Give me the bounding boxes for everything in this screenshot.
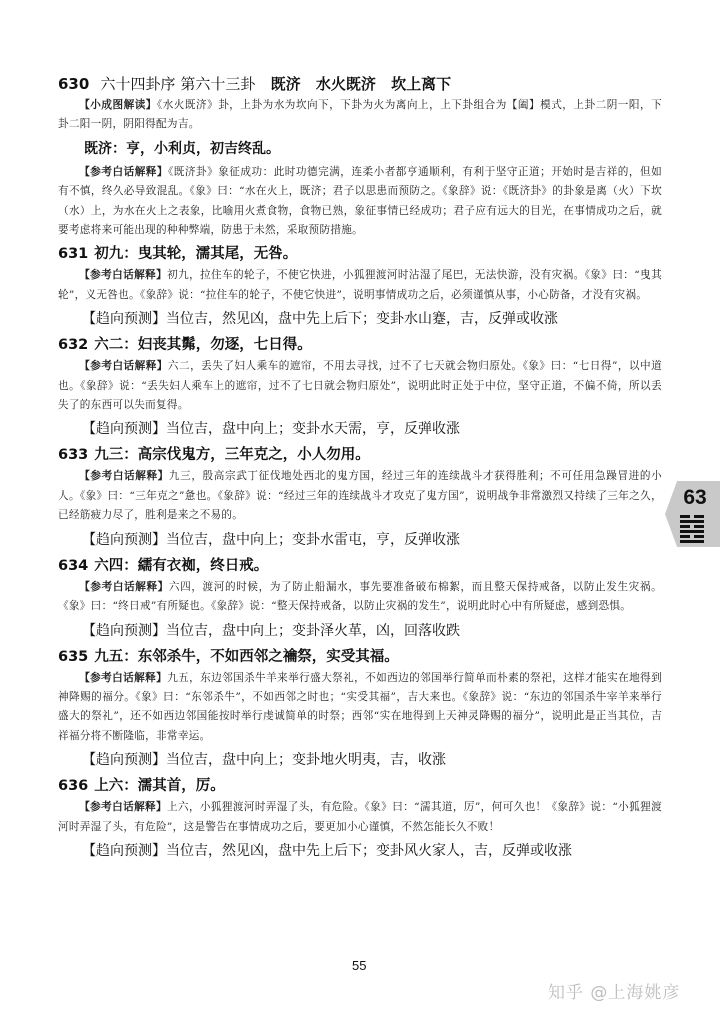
line-heading: 636上六：濡其首，厉。 [58, 775, 662, 797]
page-number: 55 [352, 958, 366, 973]
judgment-explanation: 【参考白话解释】《既济卦》象征成功：此时功德完满，连柔小者都亨通顺利，有利于坚守… [58, 163, 662, 241]
trend-prediction: 【趋向预测】当位吉，然见凶，盘中先上后下；变卦风火家人，吉，反弹或收涨 [82, 839, 662, 863]
line-heading: 634六四：繻有衣袽，终日戒。 [58, 555, 662, 577]
line-number: 631 [58, 246, 88, 262]
explanation-tag: 【参考白话解释】 [79, 360, 168, 372]
intro-paragraph: 【小成图解读】《水火既济》卦，上卦为水为坎向下，下卦为火为离向上，上下卦组合为【… [58, 96, 662, 135]
intro-tag: 【小成图解读】 [79, 99, 157, 111]
line-explanation: 【参考白话解释】上六，小狐狸渡河时弄湿了头，有危险。《象》曰：“濡其道，厉”，何… [58, 798, 662, 837]
explanation-tag: 【参考白话解释】 [79, 166, 168, 178]
line-entry-635: 635九五：东邻杀牛，不如西邻之禴祭，实受其福。 【参考白话解释】九五，东边邻国… [58, 646, 662, 773]
line-explanation: 【参考白话解释】六四，渡河的时候，为了防止船漏水，事先要准备破布棉絮，而且整天保… [58, 578, 662, 617]
trend-prediction: 【趋向预测】当位吉，盘中向上；变卦泽火革，凶，回落收跌 [82, 619, 662, 643]
line-explanation: 【参考白话解释】初九，拉住车的轮子，不使它快进，小狐狸渡河时沾湿了尾巴，无法快游… [58, 266, 662, 305]
page-content: 630 六十四卦序 第六十三卦 既济 水火既济 坎上离下 【小成图解读】《水火既… [58, 74, 662, 866]
trend-prediction: 【趋向预测】当位吉，盘中向上；变卦水天需，亨，反弹收涨 [82, 417, 662, 441]
hexagram-header: 630 六十四卦序 第六十三卦 既济 水火既济 坎上离下 [58, 74, 662, 94]
line-entry-632: 632六二：妇丧其髴，勿逐，七日得。 【参考白话解释】六二，丢失了妇人乘车的遮帘… [58, 334, 662, 441]
line-entry-636: 636上六：濡其首，厉。 【参考白话解释】上六，小狐狸渡河时弄湿了头，有危险。《… [58, 775, 662, 863]
judgment-text: 既济：亨，小利贞，初吉终乱。 [84, 137, 662, 161]
line-explanation: 【参考白话解释】六二，丢失了妇人乘车的遮帘，不用去寻找，过不了七天就会物归原处。… [58, 357, 662, 415]
explanation-tag: 【参考白话解释】 [79, 801, 167, 813]
line-explanation: 【参考白话解释】九三，殷高宗武丁征伐地处西北的鬼方国，经过三年的连续战斗才获得胜… [58, 467, 662, 525]
line-heading: 632六二：妇丧其髴，勿逐，七日得。 [58, 334, 662, 356]
line-title: 上六：濡其首，厉。 [94, 778, 225, 794]
line-title: 九三：高宗伐鬼方，三年克之，小人勿用。 [94, 447, 370, 463]
line-title: 六二：妇丧其髴，勿逐，七日得。 [94, 337, 312, 353]
watermark: 知乎 @上海姚彦 [548, 978, 680, 1003]
explanation-tag: 【参考白话解释】 [79, 470, 169, 482]
line-number: 632 [58, 337, 88, 353]
line-heading: 633九三：高宗伐鬼方，三年克之，小人勿用。 [58, 444, 662, 466]
line-entry-631: 631初九：曳其轮，濡其尾，无咎。 【参考白话解释】初九，拉住车的轮子，不使它快… [58, 243, 662, 331]
trend-prediction: 【趋向预测】当位吉，然见凶，盘中先上后下；变卦水山蹇，吉，反弹或收涨 [82, 307, 662, 331]
line-title: 六四：繻有衣袽，终日戒。 [94, 558, 268, 574]
entry-number: 630 [58, 75, 89, 93]
hexagram-sequence: 六十四卦序 第六十三卦 [101, 75, 256, 93]
trend-prediction: 【趋向预测】当位吉，盘中向上；变卦水雷屯，亨，反弹收涨 [82, 528, 662, 552]
trend-prediction: 【趋向预测】当位吉，盘中向上；变卦地火明夷，吉，收涨 [82, 748, 662, 772]
line-number: 636 [58, 778, 88, 794]
line-title: 九五：东邻杀牛，不如西邻之禴祭，实受其福。 [94, 649, 399, 665]
line-heading: 631初九：曳其轮，濡其尾，无咎。 [58, 243, 662, 265]
hexagram-trigrams: 坎上离下 [391, 75, 451, 93]
hexagram-name: 既济 [271, 75, 301, 93]
line-number: 634 [58, 558, 88, 574]
line-title: 初九：曳其轮，濡其尾，无咎。 [94, 246, 297, 262]
line-entry-633: 633九三：高宗伐鬼方，三年克之，小人勿用。 【参考白话解释】九三，殷高宗武丁征… [58, 444, 662, 551]
explanation-tag: 【参考白话解释】 [79, 672, 167, 684]
chapter-tab-number: 63 [675, 486, 715, 510]
line-explanation: 【参考白话解释】九五，东边邻国杀牛羊来举行盛大祭礼，不如西边的邻国举行简单而朴素… [58, 669, 662, 747]
hexagram-icon [680, 515, 704, 545]
explanation-tag: 【参考白话解释】 [79, 269, 167, 281]
line-number: 635 [58, 649, 88, 665]
line-heading: 635九五：东邻杀牛，不如西邻之禴祭，实受其福。 [58, 646, 662, 668]
hexagram-full-name: 水火既济 [316, 75, 376, 93]
explanation-tag: 【参考白话解释】 [79, 581, 169, 593]
line-entry-634: 634六四：繻有衣袽，终日戒。 【参考白话解释】六四，渡河的时候，为了防止船漏水… [58, 555, 662, 643]
line-number: 633 [58, 447, 88, 463]
